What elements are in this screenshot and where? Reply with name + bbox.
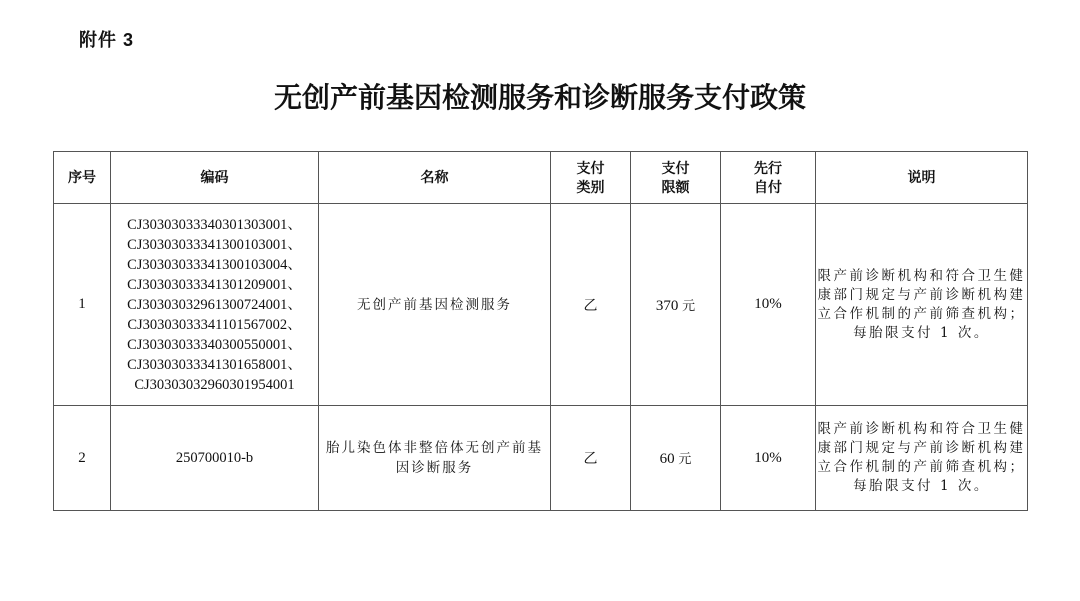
pay-limit-unit: 元: [682, 299, 695, 314]
code-item: CJ30303032960301954001: [111, 375, 318, 395]
cell-pay-category: 乙: [551, 204, 631, 406]
header-pay-limit-line2: 限额: [631, 178, 720, 197]
header-pay-category-line1: 支付: [551, 159, 630, 178]
code-item: 250700010-b: [111, 448, 318, 468]
code-item: CJ30303033341101567002、: [111, 315, 318, 335]
header-notes-label: 说明: [908, 169, 936, 185]
code-item: CJ30303033341301658001、: [111, 355, 318, 375]
code-item: CJ30303033341300103001、: [111, 235, 318, 255]
cell-name: 胎儿染色体非整倍体无创产前基因诊断服务: [319, 406, 551, 511]
cell-pay-limit: 60 元: [631, 406, 721, 511]
pay-limit-amount: 60: [660, 451, 675, 467]
cell-prepay: 10%: [721, 406, 816, 511]
cell-prepay: 10%: [721, 204, 816, 406]
header-seq-label: 序号: [68, 169, 96, 185]
cell-seq: 1: [54, 204, 111, 406]
document-title: 无创产前基因检测服务和诊断服务支付政策: [0, 76, 1080, 116]
header-notes: 说明: [816, 152, 1028, 204]
header-name-label: 名称: [421, 169, 449, 185]
code-item: CJ30303033341301209001、: [111, 275, 318, 295]
code-item: CJ30303032961300724001、: [111, 295, 318, 315]
header-seq: 序号: [54, 152, 111, 204]
header-pay-category-line2: 类别: [551, 178, 630, 197]
header-code-label: 编码: [201, 169, 229, 185]
cell-name: 无创产前基因检测服务: [319, 204, 551, 406]
code-item: CJ30303033340301303001、: [111, 215, 318, 235]
header-prepay-line1: 先行: [721, 159, 815, 178]
table-header-row: 序号 编码 名称 支付 类别 支付 限额 先行 自付 说明: [54, 152, 1028, 204]
table-row: 1 CJ30303033340301303001、 CJ303030333413…: [54, 204, 1028, 406]
header-pay-category: 支付 类别: [551, 152, 631, 204]
code-item: CJ30303033340300550001、: [111, 335, 318, 355]
attachment-label: 附件 3: [79, 26, 134, 52]
cell-codes: CJ30303033340301303001、 CJ30303033341300…: [111, 204, 319, 406]
header-code: 编码: [111, 152, 319, 204]
cell-notes: 限产前诊断机构和符合卫生健康部门规定与产前诊断机构建立合作机制的产前筛查机构；每…: [816, 406, 1028, 511]
code-item: CJ30303033341300103004、: [111, 255, 318, 275]
pay-limit-amount: 370: [656, 298, 679, 314]
header-pay-limit-line1: 支付: [631, 159, 720, 178]
header-prepay: 先行 自付: [721, 152, 816, 204]
cell-codes: 250700010-b: [111, 406, 319, 511]
cell-pay-category: 乙: [551, 406, 631, 511]
payment-policy-table: 序号 编码 名称 支付 类别 支付 限额 先行 自付 说明 1 CJ303030…: [53, 151, 1028, 511]
pay-limit-unit: 元: [678, 452, 691, 467]
cell-pay-limit: 370 元: [631, 204, 721, 406]
table-row: 2 250700010-b 胎儿染色体非整倍体无创产前基因诊断服务 乙 60 元…: [54, 406, 1028, 511]
cell-notes: 限产前诊断机构和符合卫生健康部门规定与产前诊断机构建立合作机制的产前筛查机构；每…: [816, 204, 1028, 406]
header-prepay-line2: 自付: [721, 178, 815, 197]
header-pay-limit: 支付 限额: [631, 152, 721, 204]
cell-seq: 2: [54, 406, 111, 511]
header-name: 名称: [319, 152, 551, 204]
